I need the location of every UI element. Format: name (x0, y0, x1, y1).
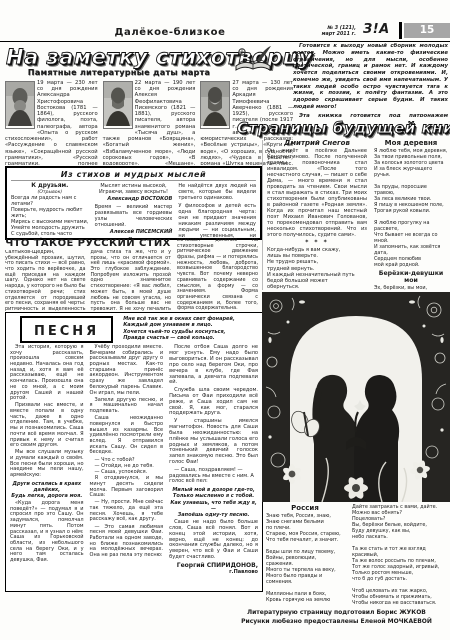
poem-column-birches: Дайте завтракать с вами, дайте. Можно ва… (352, 504, 448, 604)
story-paragraph: После отбоя Саша долго не мог уснуть. Ем… (169, 345, 258, 386)
poem-title: Россия (266, 504, 344, 512)
wisdom-quotes-box: Из стихов и мудрых мыслей К друзьям. (От… (5, 166, 262, 240)
poem-fragment: Когда-нибудь я вам скажу, лишь вы поверь… (267, 247, 367, 290)
bio-vostokov: 19 марта — 230 лет со дня рождения Алекс… (5, 80, 98, 165)
poem-text: Я люблю тебя, моя деревня, За твои приво… (374, 148, 448, 268)
pisemsky-portrait-photo (103, 81, 133, 129)
open-book-quill-icon (233, 44, 275, 78)
story-paragraph: Призвали нас вместе, и вместе попали в о… (10, 403, 84, 449)
averchenko-portrait-photo (200, 81, 230, 129)
collection-announcement: Готовится к выходу новый сборник молодых… (293, 43, 448, 117)
author-bio: Он живёт в посёлке Дальнее Константиново… (267, 148, 367, 238)
story-paragraph: — Это самая любимая песня моей девушки Ф… (90, 525, 164, 559)
page-number: 15 (404, 23, 450, 38)
song-title-box: ПЕСНЯ (20, 316, 113, 343)
poem-text: Знаю тебя, Россия, знаю, Знаю снегами бе… (266, 513, 344, 604)
poem-title: Моя деревня (374, 139, 448, 147)
quote-text: У философов и детей есть одна благородна… (178, 203, 256, 240)
page-credits: Литературную страницу подготовил Борис Ж… (225, 608, 448, 626)
dates-subtitle: Памятные литературные даты марта (4, 68, 234, 77)
story-paragraph: «Куда дорога меня поведёт?» — подумал я … (10, 501, 84, 564)
story-paragraph: Служба шла своим чередом. Письма от Фаи … (169, 388, 258, 418)
article-left-pair: ЧТО ТАКОЕ РУССКИЙ СТИХ Салтыков-Щедрин, … (5, 238, 171, 310)
song-side-text: После отбоя Саша долго не мог уснуть. Ем… (169, 345, 258, 576)
wisdom-box-title: Из стихов и мудрых мыслей (11, 170, 256, 181)
story-paragraph: Запели другую песню, и я машинально нача… (90, 398, 164, 415)
song-opening-verse: Мне всё так же в окнах свет фонарей, Каж… (113, 316, 258, 341)
story-author-city: г.Павлово (169, 570, 258, 576)
russian-verse-article: ЧТО ТАКОЕ РУССКИЙ СТИХ Салтыков-Щедрин, … (5, 238, 258, 310)
section-rubric: Далёкое-близкое (95, 27, 245, 38)
poem-text: Эх, берёзки, вы мои, берёзки... Как на б… (374, 285, 448, 291)
newspaper-logo: З!А (363, 22, 390, 37)
article-column-3: Исчезает деление на стихотворные строчки… (177, 238, 258, 310)
story-paragraph: Мы все слушали музыку и думали каждый о … (10, 450, 84, 478)
dialogue-line: — Ну, прости. Мне сейчас так тяжело, да … (90, 500, 164, 523)
song-title: ПЕСНЯ (34, 324, 99, 339)
credit-illustrator: Рисунки любезно предоставлены Еленой МОЧ… (225, 617, 448, 626)
author-name: Дмитрий Снегов (267, 139, 367, 147)
song-quote: Други остались в краях далёких, Будь лег… (10, 481, 84, 499)
poem-title: Берёзки-девушки мои (374, 270, 448, 284)
poem-separator: * * * (267, 239, 367, 246)
song-refrain: Милый мой в дозоре где-то, Только мыслен… (169, 487, 258, 517)
announcement-paragraph: Готовится к выходу новый сборник молодых… (293, 43, 448, 111)
quote-text: Мыслят истины высокой, Играючи, завесу в… (95, 183, 173, 195)
story-paragraph: Саша неожиданно повернулся и быстро выше… (90, 416, 164, 456)
article-title: ЧТО ТАКОЕ РУССКИЙ СТИХ (5, 238, 171, 249)
poem-column-russia: Россия Знаю тебя, Россия, знаю, Знаю сне… (266, 504, 344, 604)
dialogue-line: — Саша, поздравляем! — радовались мы вме… (169, 468, 258, 486)
quote-author: Алексей ПИСЕМСКИЙ (95, 229, 173, 235)
story-paragraph: Я отодвинулся, и мы минут десять сидели … (90, 476, 164, 499)
future-book-title: Страницы будущей книги (237, 119, 450, 137)
story-paragraph: Учёбу проходили вместе. Вечерами собирал… (90, 345, 164, 396)
wisdom-col-vostokov-poem: К друзьям. (Отрывок) Всегда ли радость н… (11, 183, 89, 240)
column-rule (262, 140, 263, 290)
header-divider-bar (399, 22, 402, 39)
announcement-paragraph: Эта книжка готовится под патронажем обла… (293, 113, 448, 118)
story-closing: Саше не надо было больше слов, Саша всё … (169, 520, 258, 561)
poem-column-village: Моя деревня Я люблю тебя, моя деревня, З… (374, 139, 448, 291)
article-text: Исчезает деление на стихотворные строчки… (177, 238, 258, 310)
credit-editor: Литературную страницу подготовил Борис Ж… (225, 608, 448, 617)
quote-author: Александр ВОСТОКОВ (95, 196, 173, 202)
issue-date: № 3 (121), март 2011 г. (298, 26, 356, 38)
poem-heading: К друзьям. (11, 183, 89, 190)
couple-silhouette-illustration (262, 292, 450, 506)
header-rule (0, 41, 450, 42)
vostokov-portrait-photo (5, 81, 35, 129)
bio-pisemsky: 22 марта — 190 лет со дня рождения Алекс… (103, 80, 196, 165)
song-story-box: ПЕСНЯ Мне всё так же в окнах свет фонаре… (5, 312, 263, 592)
story-paragraph: Эта история, которую я хочу рассказать, … (10, 345, 84, 402)
song-main-text: Эта история, которую я хочу рассказать, … (10, 345, 163, 576)
author-column-dmitry: Дмитрий Снегов Он живёт в посёлке Дальне… (267, 139, 367, 291)
quote-text: Не найдётся двух людей на свете, которые… (178, 183, 256, 201)
poem-text: Всегда ли радость нам с летами? Поверьте… (11, 195, 89, 240)
poem-text: Дайте завтракать с вами, дайте. Можно ва… (352, 504, 448, 604)
wisdom-col-averchenko: Не найдётся двух людей на свете, которые… (178, 183, 256, 240)
wisdom-col-quotes: Мыслят истины высокой, Играючи, завесу в… (95, 183, 173, 240)
story-paragraph: У старшины имелся магнитофон. Новость дл… (169, 419, 258, 466)
quote-text: Время — великий мастер развязывать все г… (95, 204, 173, 228)
newspaper-page: Далёкое-близкое № 3 (121), март 2011 г. … (0, 0, 450, 640)
